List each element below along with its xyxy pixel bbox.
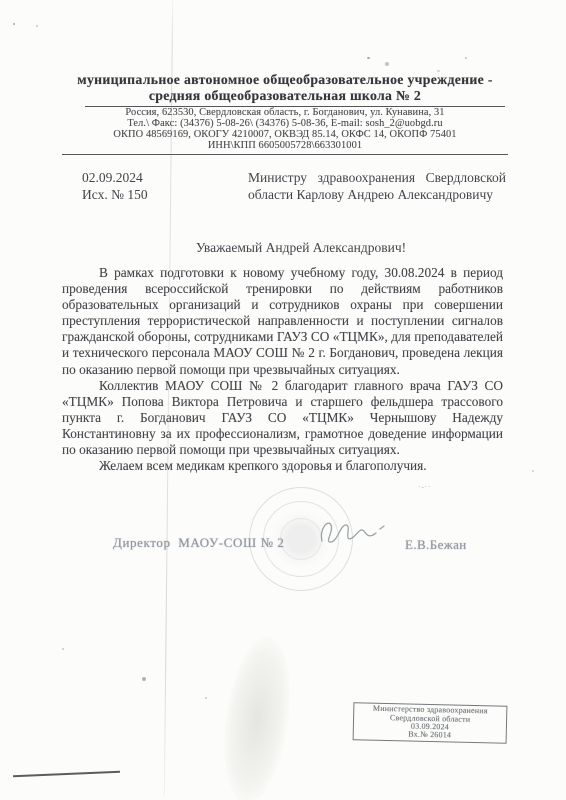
- scan-speck: [205, 697, 207, 699]
- scan-speck: [385, 62, 389, 66]
- scan-speck: [437, 70, 440, 72]
- letter-date: 02.09.2024: [82, 170, 148, 187]
- letterhead: муниципальное автономное общеобразовател…: [62, 72, 508, 155]
- signer-position: Директор МАОУ-СОШ № 2: [113, 535, 285, 551]
- scan-smudge: [215, 633, 300, 800]
- outgoing-number: Исх. № 150: [82, 187, 148, 204]
- registration-stamp: Министерство здравоохранения Свердловско…: [353, 702, 508, 743]
- body-paragraph-3: Желаем всем медикам крепкого здоровья и …: [62, 458, 503, 474]
- scan-speck: [367, 57, 370, 59]
- scan-speck: [142, 677, 146, 681]
- letterhead-inn-kpp: ИНН\КПП 6605005728\663301001: [62, 141, 508, 152]
- body-paragraph-2: Коллектив МАОУ СОШ № 2 благодарит главно…: [62, 378, 503, 458]
- body-paragraph-1: В рамках подготовки к новому учебному го…: [62, 265, 503, 378]
- letterhead-divider-bottom: [62, 154, 508, 155]
- scanned-letter-page: муниципальное автономное общеобразовател…: [0, 0, 566, 800]
- scan-speck: [13, 23, 15, 25]
- salutation: Уважаемый Андрей Александрович!: [96, 240, 506, 256]
- scan-speck: [465, 57, 467, 59]
- scan-speck: [36, 25, 38, 27]
- organization-title-line1: муниципальное автономное общеобразовател…: [62, 72, 508, 88]
- signer-name: Е.В.Бежан: [405, 537, 467, 553]
- pencil-mark: ·‐··: [418, 483, 431, 491]
- scan-speck: [532, 470, 534, 472]
- recipient-address: Министру здравоохранения Свердловской об…: [248, 170, 506, 203]
- scan-stray-line: [13, 771, 120, 777]
- scan-speck: [62, 648, 64, 650]
- organization-title-line2: средняя общеобразовательная школа № 2: [62, 88, 508, 104]
- reference-block: 02.09.2024 Исх. № 150: [82, 170, 148, 203]
- letter-body: В рамках подготовки к новому учебному го…: [62, 265, 503, 474]
- handwritten-signature: [315, 516, 393, 550]
